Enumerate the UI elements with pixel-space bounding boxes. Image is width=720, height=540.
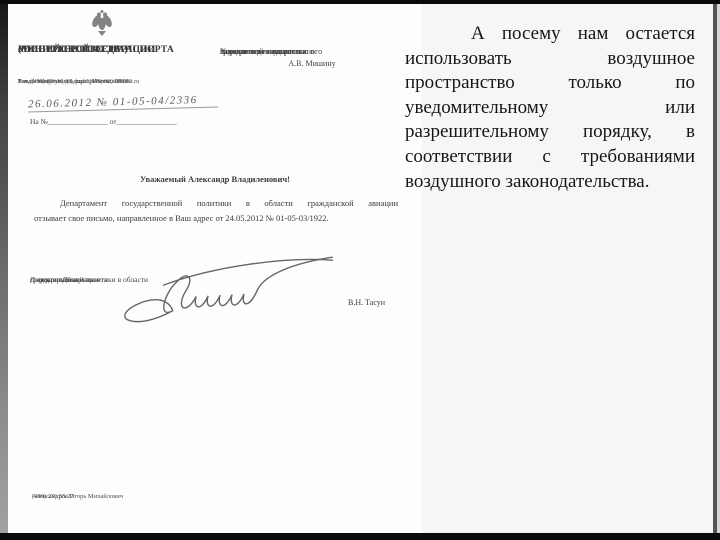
signature-scribble	[106, 254, 341, 334]
scanned-letter: МИНИСТЕРСТВО ТРАНСПОРТА РОССИЙСКОЙ ФЕДЕР…	[8, 4, 422, 533]
addressee-line-4: гражданской авиации	[220, 46, 294, 57]
slide-canvas: { "note": { "lines": [ "А посему нам ост…	[0, 0, 720, 540]
reference-form-line: На №________________ от________________	[30, 117, 230, 126]
addressee-block: Заместителю начальника Управления госуда…	[220, 46, 404, 69]
executor-phone: (499) 231 55 27	[32, 493, 74, 502]
slide-quotation: А посему нам остается использовать возду…	[405, 22, 695, 194]
quote-line-3: пространство только по	[405, 71, 695, 96]
director-line-3: гражданской авиации	[30, 274, 99, 285]
handwritten-reference: 26.06.2012 № 01-05-04/2336	[28, 94, 218, 113]
signer-name: В.Н. Тасун	[348, 298, 385, 307]
coat-of-arms-icon	[92, 9, 112, 37]
body-line-2: отзывает свое письмо, направленное в Ваш…	[34, 211, 398, 226]
top-frame-bar	[0, 0, 720, 4]
quote-line-4: уведомительному или	[405, 96, 695, 121]
letter-body: Департамент государственной политики в о…	[34, 196, 398, 226]
ministry-line-3: (МИНТРАНС РОССИИ)	[18, 45, 128, 56]
scan-left-edge	[0, 0, 8, 540]
salutation: Уважаемый Александр Владиленович!	[8, 174, 422, 184]
quote-line-7: воздушного законодательства.	[405, 170, 695, 195]
quote-line-2: использовать воздушное	[405, 47, 695, 72]
quote-line-1: А посему нам остается	[405, 22, 695, 47]
quote-line-5: разрешительному порядку, в	[405, 120, 695, 145]
contacts-email: E-mail: info@mintrans.ru, http://www.min…	[18, 79, 139, 86]
quote-line-6: соответствии с требованиями	[405, 145, 695, 170]
addressee-name: А.В. Мишину	[220, 58, 404, 69]
body-line-1: Департамент государственной политики в о…	[34, 196, 398, 211]
bottom-frame-bar	[0, 533, 720, 540]
